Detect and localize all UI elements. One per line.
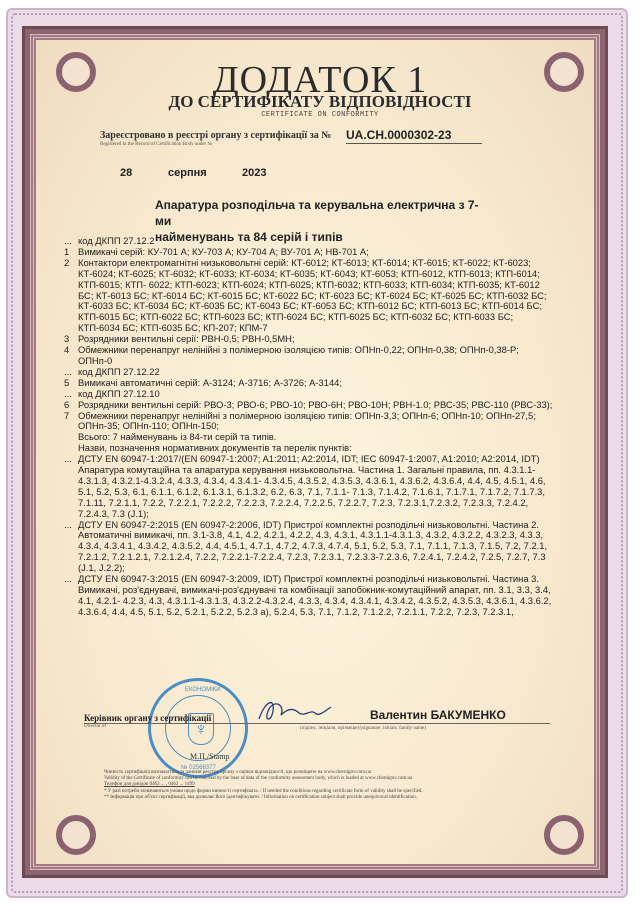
list-item: ...код ДКПП 27.12.10: [64, 389, 554, 400]
list-item-number: ...: [64, 574, 78, 618]
list-item-number: 7: [64, 411, 78, 433]
list-item-number: 6: [64, 400, 78, 411]
list-item: 4Обмежники перенапруг нелінійні з поліме…: [64, 345, 554, 367]
list-item-number: ...: [64, 520, 78, 575]
list-item-text: ДСТУ EN 60947-1:2017/(EN 60947-1:2007; A…: [78, 454, 554, 519]
registration-number: UA.CH.0000302-23: [346, 128, 482, 144]
list-item-number: [64, 432, 78, 443]
list-item-text: Розрядники вентильні серій: РВО-3; РВО-6…: [78, 400, 554, 411]
footer-notes: Чинність сертифіката визначається за дан…: [104, 770, 544, 801]
stamp-top-text: ЕКОНОМІКИ: [185, 687, 221, 693]
list-item-text: Обмежники перенапруг нелінійні з полімер…: [78, 411, 554, 433]
registration-label-en: Registered in the Record of Certificatio…: [100, 142, 212, 147]
list-item-text: ДСТУ EN 60947-3:2015 (EN 60947-3:2009, I…: [78, 574, 554, 618]
signer-role-label: Керівник органу з сертифікації: [84, 713, 211, 723]
list-item-number: ...: [64, 454, 78, 519]
registration-month: серпня: [168, 167, 207, 179]
list-item-text: Контактори електромагнітні низьковольтні…: [78, 258, 554, 334]
list-item-text: Обмежники перенапруг нелінійні з полімер…: [78, 345, 554, 367]
list-item-text: код ДКПП 27.12.10: [78, 389, 554, 400]
list-item-number: ...: [64, 389, 78, 400]
list-item: 6Розрядники вентильні серій: РВО-3; РВО-…: [64, 400, 554, 411]
signature-line: [84, 723, 550, 724]
list-item-text: ДСТУ EN 60947-2:2015 (EN 60947-2:2006, I…: [78, 520, 554, 575]
list-item: ...ДСТУ EN 60947-3:2015 (EN 60947-3:2009…: [64, 574, 554, 618]
list-item: 7Обмежники перенапруг нелінійні з поліме…: [64, 411, 554, 433]
official-stamp: ЕКОНОМІКИ ♆ № 02568377: [148, 678, 248, 778]
footer-line: ** Інформація про об'єкт сертифікації, я…: [104, 795, 544, 801]
list-item-number: 2: [64, 258, 78, 334]
stamp-label: М.П./Stamp: [190, 752, 230, 761]
signer-role-label-en: Director of: [84, 724, 106, 729]
corner-scroll-ornament: [544, 815, 584, 855]
document-subtitle-en: CERTIFICATE ON CONFORMITY: [0, 111, 640, 119]
list-item: ...ДСТУ EN 60947-1:2017/(EN 60947-1:2007…: [64, 454, 554, 519]
signer-name: Валентин БАКУМЕНКО: [370, 708, 506, 722]
product-list: ...код ДКПП 27.12.21Вимикачі серій: КУ-7…: [64, 236, 554, 618]
registration-label: Зареєстровано в реєстрі органу з сертифі…: [100, 130, 331, 141]
list-item-number: 4: [64, 345, 78, 367]
registration-year: 2023: [242, 167, 266, 179]
list-item: 2Контактори електромагнітні низьковольтн…: [64, 258, 554, 334]
corner-scroll-ornament: [56, 815, 96, 855]
document-subtitle: ДО СЕРТИФІКАТУ ВІДПОВІДНОСТІ: [0, 92, 640, 112]
list-item: ...ДСТУ EN 60947-2:2015 (EN 60947-2:2006…: [64, 520, 554, 575]
product-heading-line1: Апаратура розподільча та керувальна елек…: [155, 197, 485, 229]
registration-day: 28: [120, 167, 132, 179]
signature-caption: (підпис, ініціали, прізвище)/(signature,…: [300, 726, 426, 731]
